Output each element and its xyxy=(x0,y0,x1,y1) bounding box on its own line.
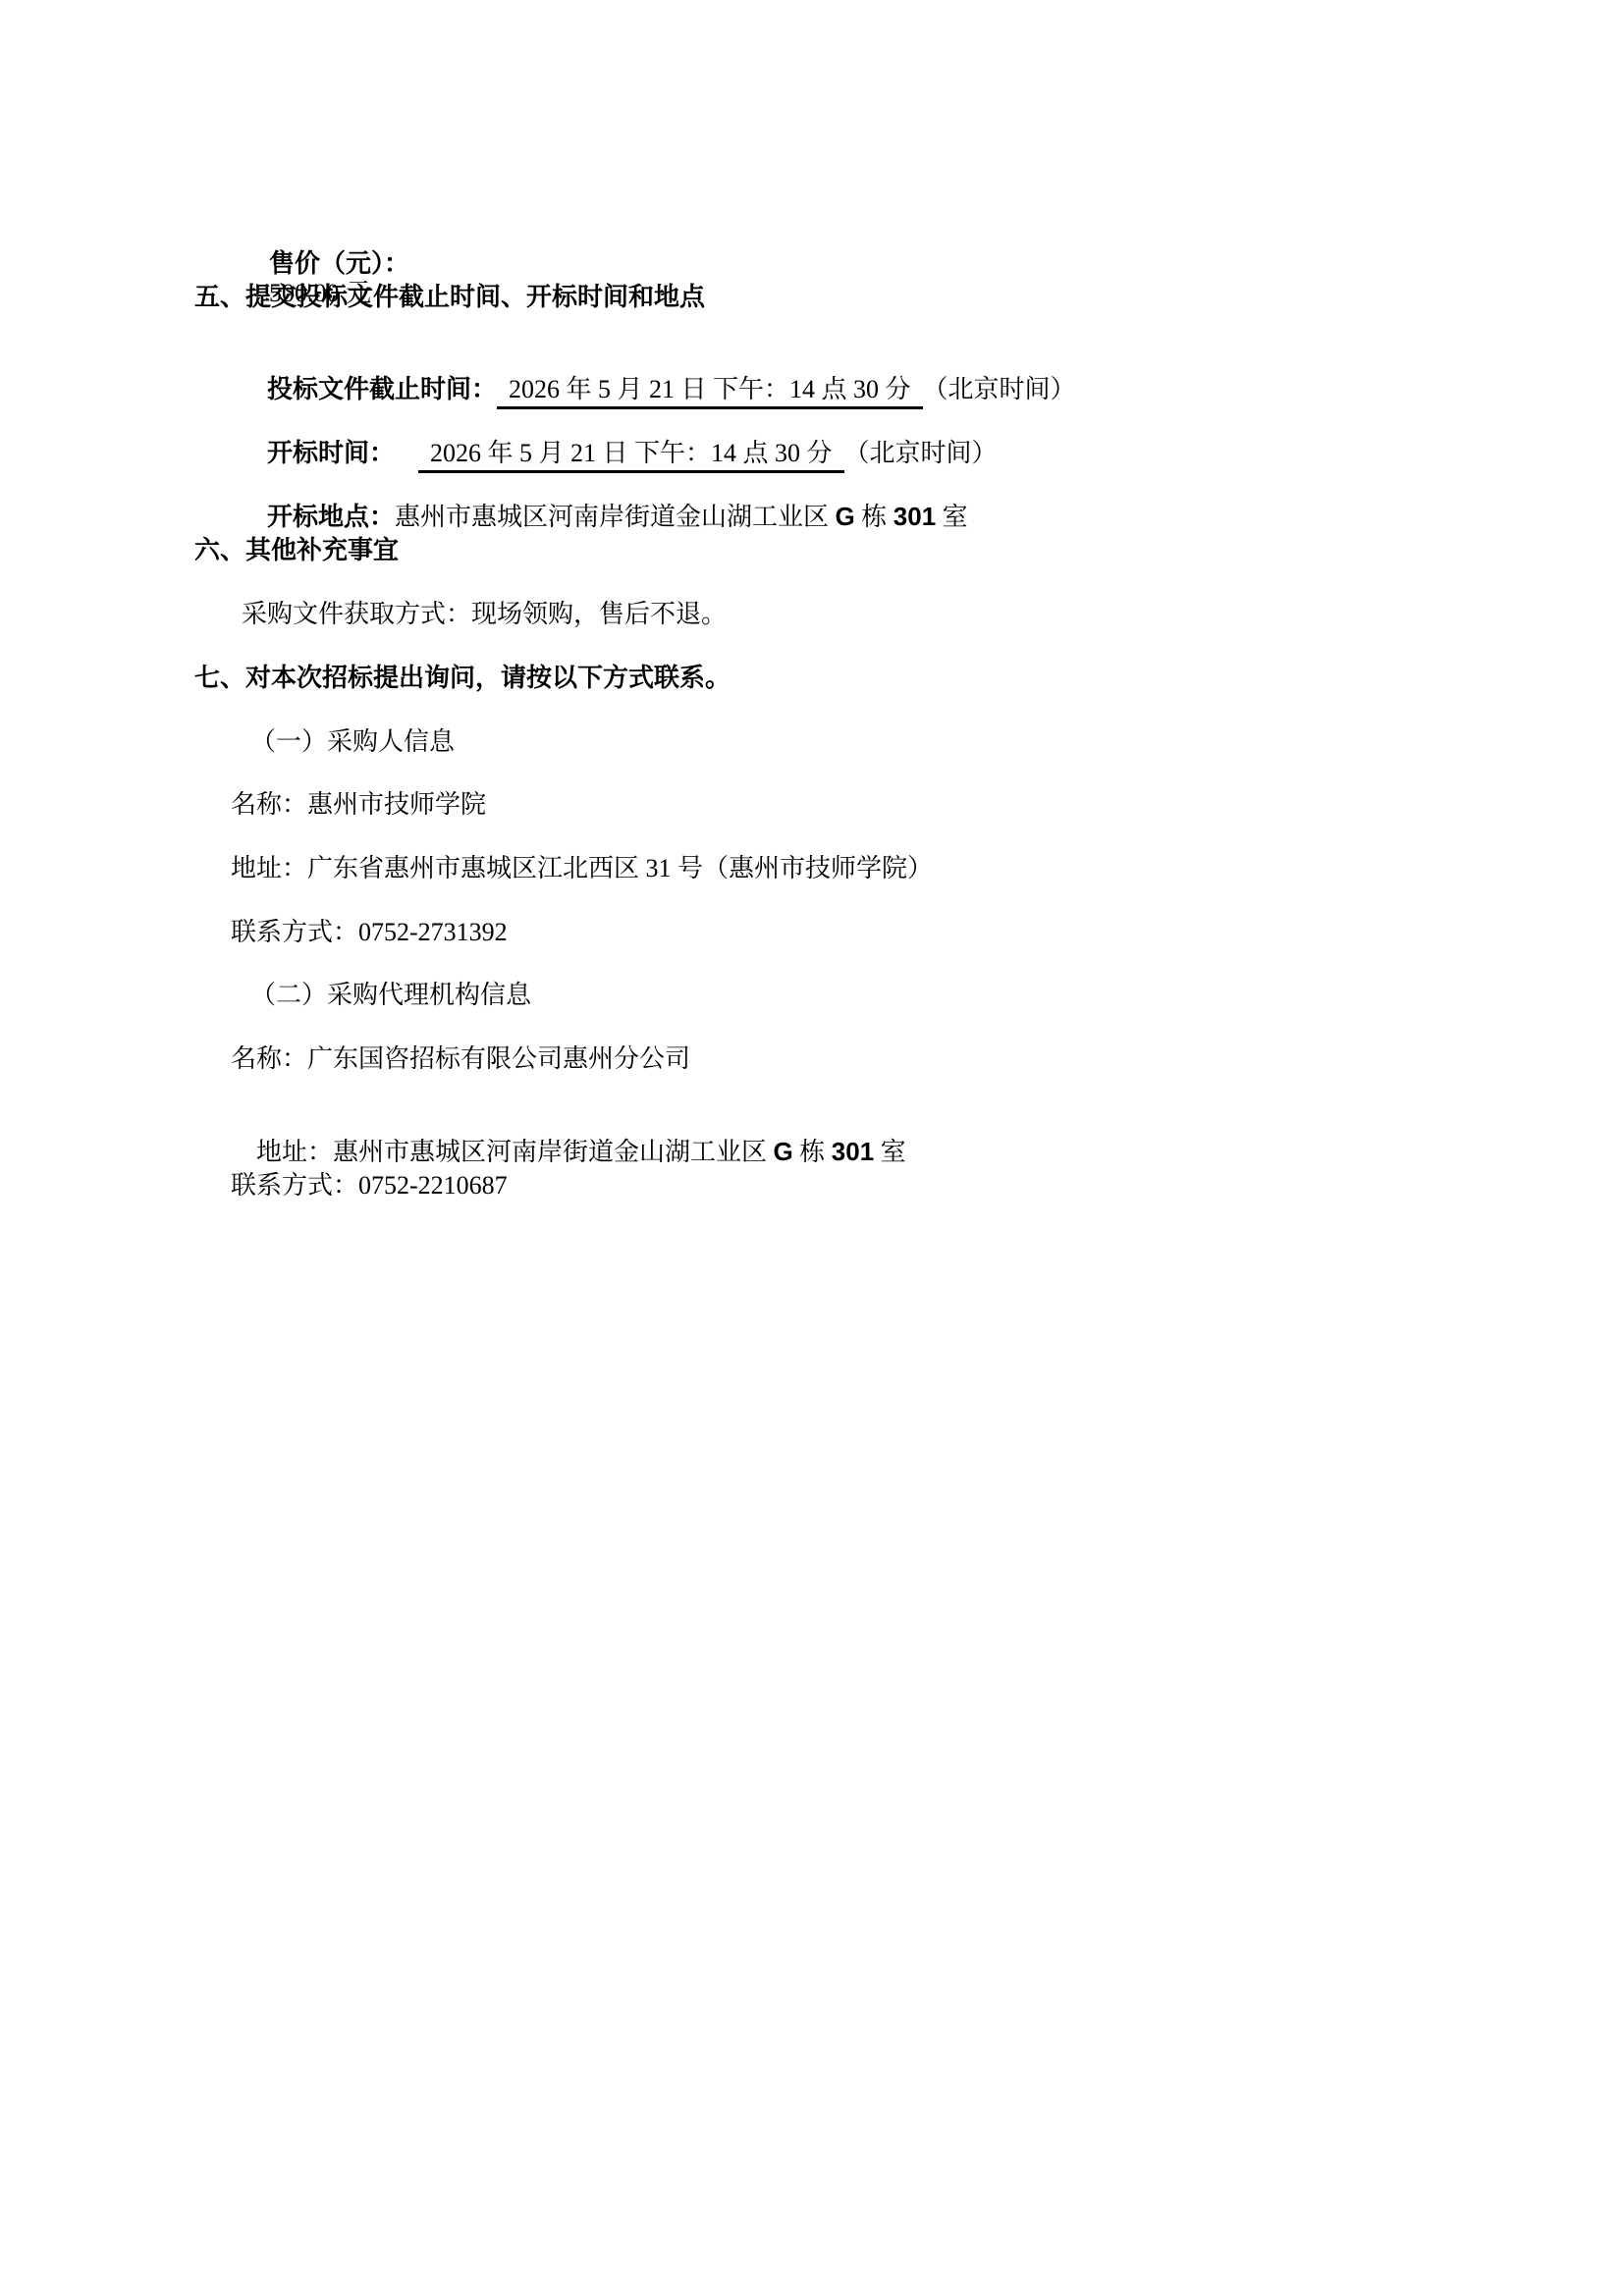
bid-opening-time-label: 开标时间： xyxy=(267,439,395,467)
agency-address-building-letter: G xyxy=(774,1137,793,1166)
purchaser-subheading: （一）采购人信息 xyxy=(250,727,455,757)
bid-opening-place-label: 开标地点： xyxy=(267,503,395,531)
bid-deadline-timezone: （北京时间） xyxy=(923,375,1076,403)
sale-price-label: 售价（元）： xyxy=(269,249,409,278)
agency-subheading: （二）采购代理机构信息 xyxy=(250,981,531,1010)
bid-deadline-label: 投标文件截止时间： xyxy=(267,375,497,403)
doc-obtain-line: 采购文件获取方式：现场领购，售后不退。 xyxy=(242,600,727,629)
bid-deadline-value: 2026 年 5 月 21 日 下午：14 点 30 分 xyxy=(497,376,923,409)
agency-address-dong: 栋 xyxy=(793,1138,832,1166)
bid-opening-place-dong: 栋 xyxy=(855,503,893,531)
section-5-heading: 五、提交投标文件截止时间、开标时间和地点 xyxy=(194,283,705,312)
agency-address-text: 惠州市惠城区河南岸街道金山湖工业区 xyxy=(333,1138,774,1166)
bid-opening-time-timezone: （北京时间） xyxy=(844,439,998,467)
purchaser-name-line: 名称：惠州市技师学院 xyxy=(231,790,486,820)
bid-opening-place-room: 室 xyxy=(936,503,968,531)
sale-price-line: 售价（元）： 500.00 元 xyxy=(244,220,409,338)
section-6-heading: 六、其他补充事宜 xyxy=(194,536,399,565)
agency-address-room: 室 xyxy=(874,1138,906,1166)
bid-opening-time-value: 2026 年 5 月 21 日 下午：14 点 30 分 xyxy=(418,440,844,473)
agency-address-label: 地址： xyxy=(256,1138,333,1166)
agency-name-line: 名称：广东国咨招标有限公司惠州分公司 xyxy=(231,1044,690,1074)
section-7-heading: 七、对本次招标提出询问，请按以下方式联系。 xyxy=(194,664,731,693)
bid-opening-place-text: 惠州市惠城区河南岸街道金山湖工业区 xyxy=(395,503,836,531)
agency-contact-line: 联系方式：0752-2210687 xyxy=(231,1171,508,1201)
bid-opening-place-room-number: 301 xyxy=(893,502,936,531)
purchaser-address-line: 地址：广东省惠州市惠城区江北西区 31 号（惠州市技师学院） xyxy=(231,854,933,883)
purchaser-contact-line: 联系方式：0752-2731392 xyxy=(231,918,508,947)
bid-opening-place-building-letter: G xyxy=(836,502,855,531)
agency-address-room-number: 301 xyxy=(832,1137,874,1166)
document-page: 售价（元）： 500.00 元 五、提交投标文件截止时间、开标时间和地点 投标文… xyxy=(0,0,1624,2296)
